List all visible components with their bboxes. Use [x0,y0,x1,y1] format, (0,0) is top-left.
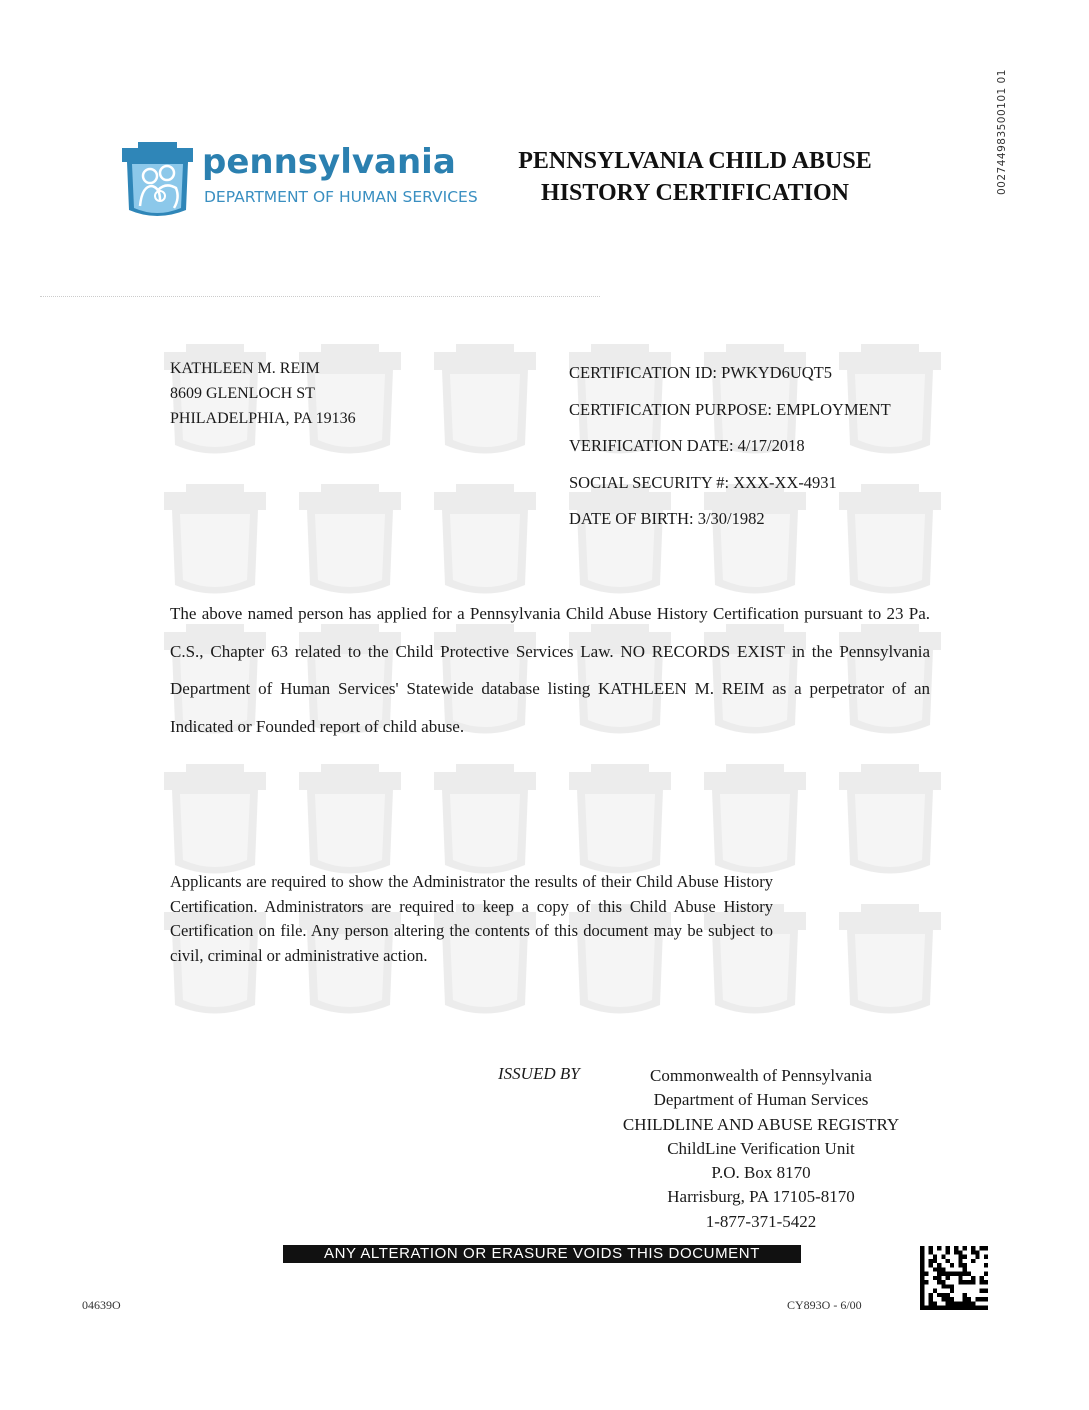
applicant-address-block: KATHLEEN M. REIM 8609 GLENLOCH ST PHILAD… [170,356,356,431]
issuer-line: Department of Human Services [596,1088,926,1112]
logo-subtitle: DEPARTMENT OF HUMAN SERVICES [204,188,478,206]
certification-purpose: CERTIFICATION PURPOSE: EMPLOYMENT [569,392,891,429]
watermark-keystone [700,760,810,880]
document-title: PENNSYLVANIA CHILD ABUSE HISTORY CERTIFI… [480,145,910,209]
applicant-street: 8609 GLENLOCH ST [170,381,356,406]
title-line-1: PENNSYLVANIA CHILD ABUSE [480,145,910,177]
watermark-keystone [430,480,540,600]
watermark-keystone [160,760,270,880]
footer-form-code: CY893O - 6/00 [787,1298,862,1313]
watermark-keystone [295,480,405,600]
social-security-number: SOCIAL SECURITY #: XXX-XX-4931 [569,465,891,502]
issuer-line: 1-877-371-5422 [596,1210,926,1234]
applicant-name: KATHLEEN M. REIM [170,356,356,381]
notice-paragraph: Applicants are required to show the Admi… [170,870,773,968]
date-of-birth: DATE OF BIRTH: 3/30/1982 [569,501,891,538]
watermark-keystone [160,480,270,600]
watermark-keystone [430,340,540,460]
applicant-city: PHILADELPHIA, PA 19136 [170,406,356,431]
issuer-line: ChildLine Verification Unit [596,1137,926,1161]
result-paragraph: The above named person has applied for a… [170,595,930,745]
keystone-family-icon [120,140,195,218]
vertical-document-code: 002744983500101 01 [996,69,1008,195]
logo-wordmark: pennsylvania [202,142,456,182]
watermark-keystone [430,760,540,880]
footer-document-number: 04639O [82,1298,121,1313]
watermark-keystone [835,760,945,880]
issued-by-label: ISSUED BY [498,1064,580,1084]
issuer-line: CHILDLINE AND ABUSE REGISTRY [596,1113,926,1137]
issuer-address: Commonwealth of Pennsylvania Department … [596,1064,926,1234]
verification-date: VERIFICATION DATE: 4/17/2018 [569,428,891,465]
alteration-warning-banner: ANY ALTERATION OR ERASURE VOIDS THIS DOC… [283,1245,801,1263]
issuer-line: P.O. Box 8170 [596,1161,926,1185]
certification-details: CERTIFICATION ID: PWKYD6UQT5 CERTIFICATI… [569,355,891,538]
dhs-logo: pennsylvania DEPARTMENT OF HUMAN SERVICE… [120,140,480,220]
watermark-keystone [565,760,675,880]
watermark-keystone [295,760,405,880]
title-line-2: HISTORY CERTIFICATION [480,177,910,209]
issuer-line: Harrisburg, PA 17105-8170 [596,1185,926,1209]
watermark-keystone [835,900,945,1020]
datamatrix-barcode-icon [920,1246,988,1310]
issuer-line: Commonwealth of Pennsylvania [596,1064,926,1088]
dotted-divider [40,296,600,297]
certification-id: CERTIFICATION ID: PWKYD6UQT5 [569,355,891,392]
